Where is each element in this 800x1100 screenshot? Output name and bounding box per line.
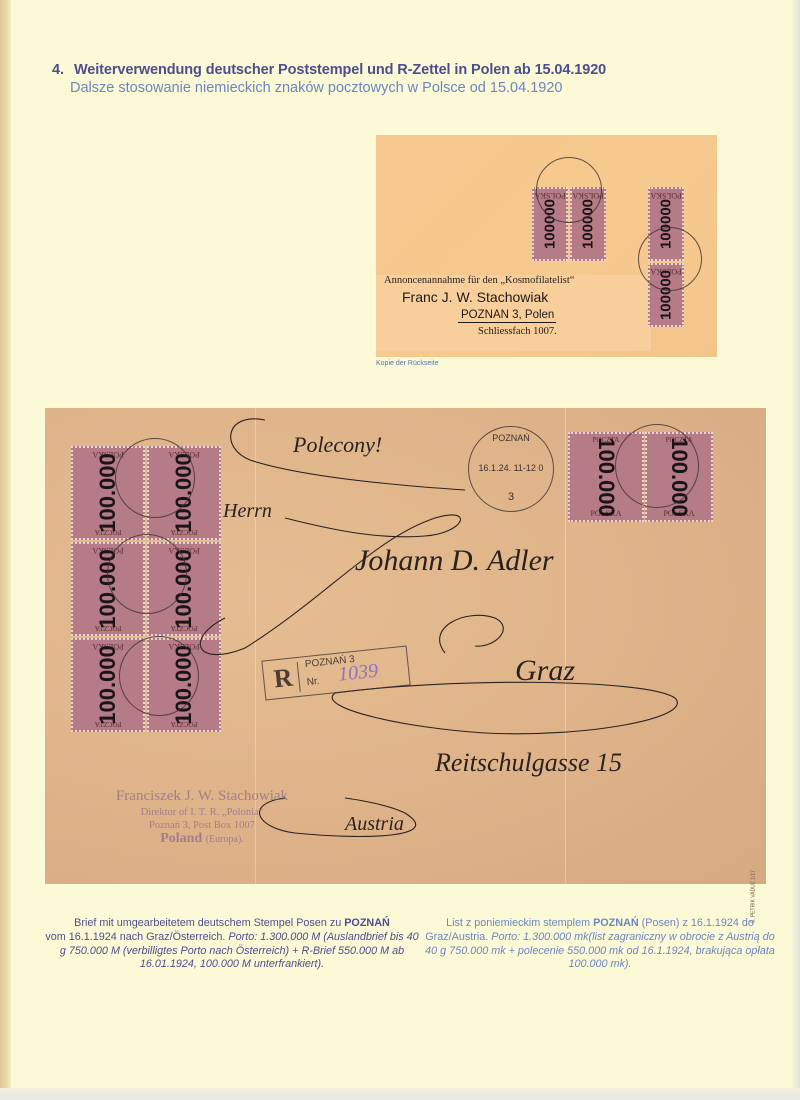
page-title: 4. Weiterverwendung deutscher Poststempe… [52, 62, 606, 78]
label-line-1: Annoncenannahme für den „Kosmofilatelist… [384, 275, 574, 286]
label-line-4: Schliessfach 1007. [478, 326, 557, 337]
back-side-caption: Kopie der Rückseite [376, 360, 439, 367]
caption-german: Brief mit umgearbeitetem deutschem Stemp… [42, 917, 422, 972]
registration-letter: R [267, 662, 301, 695]
caption-polish: List z poniemieckim stemplem POZNAŃ (Pos… [420, 917, 780, 972]
sender-line-3: Poznań 3, Post Box 1007 [67, 820, 337, 831]
caption-pl-bold: POZNAŃ [593, 917, 639, 929]
handwritten-polecony: Polecony! [293, 432, 382, 458]
handwritten-herrn: Herrn [223, 500, 272, 523]
handwritten-country: Austria [345, 813, 404, 836]
sender-line-1: Franciszek J. W. Stachowiak [67, 788, 337, 805]
page-subtitle: Dalsze stosowanie niemieckich znaków poc… [70, 80, 562, 96]
section-number: 4. [52, 62, 70, 78]
postmark-circle [536, 157, 602, 223]
page-right-edge [792, 0, 800, 1100]
postmark-circle [638, 227, 702, 291]
caption-de-text: Brief mit umgearbeitetem deutschem Stemp… [74, 917, 344, 929]
title-de: Weiterverwendung deutscher Poststempel u… [74, 62, 606, 78]
sender-country-suffix: (Europa). [206, 834, 244, 845]
registration-number-prefix: Nr. [306, 676, 320, 688]
handwritten-city: Graz [515, 654, 575, 688]
envelope-image: POCZTAPOLSKA100.000POCZTAPOLSKA100.000PO… [45, 408, 766, 884]
back-side-copy-image: Annoncenannahme für den „Kosmofilatelist… [376, 135, 717, 357]
binder-edge [0, 0, 11, 1100]
caption-pl-text: List z poniemieckim stemplem [446, 917, 593, 929]
sender-rubber-stamp: Franciszek J. W. Stachowiak Direktor of … [67, 788, 337, 847]
registration-number: 1039 [337, 660, 379, 687]
sender-country: Poland [160, 831, 202, 846]
caption-de-bold: POZNAŃ [344, 917, 390, 929]
label-line-2: Franc J. W. Stachowiak [402, 289, 548, 305]
sender-line-4: Poland (Europa). [67, 831, 337, 847]
page-bottom-edge [0, 1088, 800, 1100]
handwritten-street: Reitschulgasse 15 [435, 748, 622, 778]
sender-line-2: Direktor of I. T. R. „Polonia“ [67, 807, 337, 818]
label-line-3: POZNAN 3, Polen [458, 309, 556, 323]
handwritten-recipient: Johann D. Adler [355, 544, 554, 578]
printer-mark: S. PETRIK VADUZ 1/17 [750, 870, 756, 923]
caption-de-text2: vom 16.1.1924 nach Graz/Österreich. [45, 931, 228, 943]
